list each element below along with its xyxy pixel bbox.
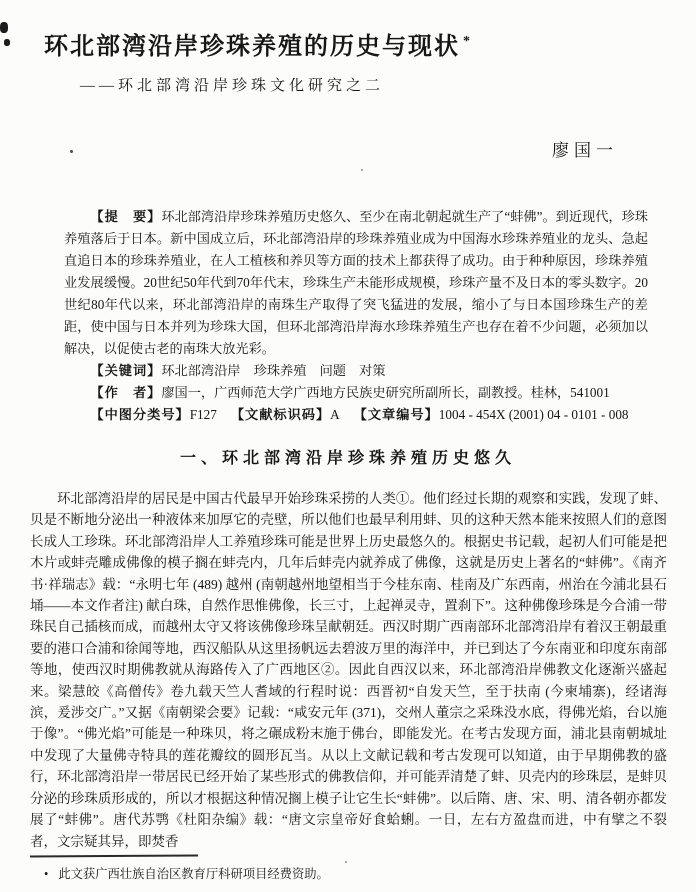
title-footnote-marker: * [463,34,470,49]
abstract-text: 环北部湾沿岸珍珠养殖历史悠久、至少在南北朝起就生产了“蚌佛”。到近现代，珍珠养殖… [64,209,648,356]
keywords-label: 【关键词】 [90,363,161,378]
scan-artifact [345,861,347,863]
section-one-heading: 一、环北部湾沿岸珍珠养殖历史悠久 [0,448,696,470]
section-one-paragraph: 环北部湾沿岸的居民是中国古代最早开始珍珠采捞的人类①。他们经过长期的观察和实践，… [30,488,667,852]
doc-code-value: A [330,407,340,422]
scan-artifact [0,22,8,33]
footnote: •此文获广西壮族自治区教育厅科研项目经费资助。 [44,866,656,883]
abstract-label: 【提 要】 [90,209,161,224]
footnote-marker: • [44,867,48,881]
doc-code-label: 【文献标识码】 [231,407,330,422]
author-name: 廖国一 [0,140,696,162]
clc-label: 【中图分类号】 [90,407,189,422]
author-info-text: 廖国一，广西师范大学广西地方民族史研究所副所长，副教授。桂林，541001 [161,385,609,400]
scan-artifact [361,169,363,171]
scan-artifact [70,150,73,153]
article-no-label: 【文章编号】 [354,407,439,422]
keywords: 【关键词】环北部湾沿岸 珍珠养殖 问题 对策 [64,360,648,382]
article-title: 环北部湾沿岸珍珠养殖的历史与现状* [0,0,696,62]
front-matter-block: 【提 要】环北部湾沿岸珍珠养殖历史悠久、至少在南北朝起就生产了“蚌佛”。到近现代… [64,206,648,426]
footnote-text: 此文获广西壮族自治区教育厅科研项目经费资助。 [58,867,329,881]
article-subtitle: ——环北部湾沿岸珍珠文化研究之二 [0,76,696,96]
footnote-rule [30,854,198,857]
scan-artifact [4,39,10,46]
clc-value: F127 [190,407,217,422]
author-info: 【作 者】廖国一，广西师范大学广西地方民族史研究所副所长，副教授。桂林，5410… [64,382,648,404]
keywords-text: 环北部湾沿岸 珍珠养殖 问题 对策 [161,363,385,378]
author-info-label: 【作 者】 [90,385,161,400]
scanned-paper-page: 环北部湾沿岸珍珠养殖的历史与现状* ——环北部湾沿岸珍珠文化研究之二 廖国一 【… [0,0,696,892]
article-title-text: 环北部湾沿岸珍珠养殖的历史与现状 [44,34,460,60]
classification-line: 【中图分类号】F127【文献标识码】A【文章编号】1004 - 454X (20… [64,404,648,426]
abstract: 【提 要】环北部湾沿岸珍珠养殖历史悠久、至少在南北朝起就生产了“蚌佛”。到近现代… [64,206,648,360]
article-no-value: 1004 - 454X (2001) 04 - 0101 - 008 [439,407,629,422]
